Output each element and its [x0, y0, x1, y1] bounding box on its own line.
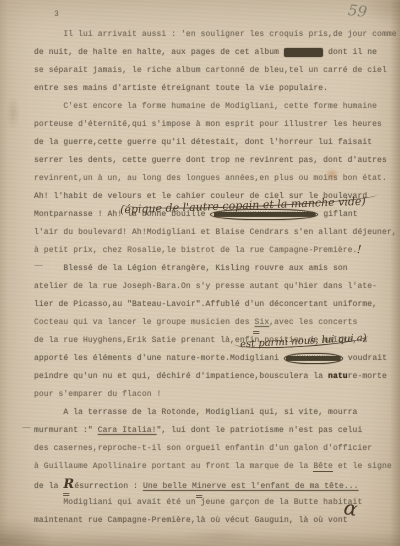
typed-segment: atelier de la rue Joseph-Bara.On s'y pre…	[34, 282, 377, 291]
typed-segment: Modigliani qui avait été un jeune garçon…	[34, 498, 362, 507]
typed-segment: de la guerre,cette guerre qu'il détestai…	[34, 138, 372, 147]
typed-text-block: Il lui arrivait aussi : 'en souligner le…	[34, 26, 396, 530]
typed-segment: C'est encore la forme humaine de Modigli…	[34, 102, 377, 111]
typed-line: des casernes,reproche-t-il son orgueil e…	[34, 440, 396, 458]
typed-line: se séparait jamais, le riche album carto…	[34, 62, 396, 80]
typed-segment: Cocteau qui va lancer le groupe musicien…	[34, 318, 255, 327]
typed-segment: de la	[34, 482, 63, 491]
typed-segment: lier de Picasso,au "Bateau-Lavoir".Affub…	[34, 300, 377, 309]
typed-line: peindre qu'un nu et qui, déchiré d'impat…	[34, 368, 396, 386]
hand-overwrite: natu	[328, 372, 348, 381]
typed-segment: voudrait	[343, 354, 387, 363]
typed-segment: serrer les dents, cette guerre dont trop…	[34, 156, 387, 165]
typed-segment: maintenant rue Campagne-Première,là où v…	[34, 516, 348, 525]
typed-line: lier de Picasso,au "Bateau-Lavoir".Affub…	[34, 296, 396, 314]
hand-correction: R	[63, 477, 74, 492]
typed-segment: dont il ne	[323, 48, 377, 57]
typed-segment: Cara Italia!	[98, 426, 157, 435]
typed-line: A la terrasse de la Rotonde, Modigliani …	[34, 404, 396, 422]
typed-line: Ah! l'habit de velours et le cahier coul…	[34, 188, 396, 206]
typed-line: apporté les éléments d'une nature-morte.…	[34, 350, 396, 368]
typed-segment: Ah! l'habit de velours et le cahier coul…	[34, 192, 367, 201]
typed-line: de la rue Huyghens,Erik Satie prenant là…	[34, 332, 396, 350]
typed-line: maintenant rue Campagne-Première,là où v…	[34, 512, 396, 530]
typed-segment: Six	[255, 318, 270, 327]
typed-line: revinrent,un à un, au long des longues a…	[34, 170, 396, 188]
typed-line: à petit prix, chez Rosalie,le bistrot de…	[34, 242, 396, 260]
typed-line: de nuit, de halte en halte, aux pages de…	[34, 44, 396, 62]
typed-line: murmurant :" Cara Italia!", lui dont le …	[34, 422, 396, 440]
typed-segment: ,avec les concerts	[269, 318, 357, 327]
typed-line: Modigliani qui avait été un jeune garçon…	[34, 494, 396, 512]
typed-line: Montparnasse ! Ah! la bonne bouille xxxx…	[34, 206, 396, 224]
typed-line: à Guillaume Apollinaire portant au front…	[34, 458, 396, 476]
typed-segment: à Guillaume Apollinaire portant au front…	[34, 462, 313, 471]
typed-segment: de nuit, de halte en halte, aux pages de…	[34, 48, 284, 57]
typed-segment: murmurant :"	[34, 426, 98, 435]
typed-segment: à petit prix, chez Rosalie,le bistrot de…	[34, 246, 357, 255]
typed-segment: ésurrection :	[74, 482, 143, 491]
typed-line: Cocteau qui va lancer le groupe musicien…	[34, 314, 396, 332]
typed-segment: Une belle Minerve est l'enfant de ma têt…	[143, 482, 359, 491]
typed-segment: Montparnasse ! Ah! la bonne bouille	[34, 210, 210, 219]
typed-segment: peindre qu'un nu et qui, déchiré d'impat…	[34, 372, 328, 381]
typed-line: Blessé de la Légion étrangère, Kisling r…	[34, 260, 396, 278]
typed-segment: pour s'emparer du flacon !	[34, 390, 161, 399]
typed-line: l'air du boulevard! Ah!Modigliani et Bla…	[34, 224, 396, 242]
typed-segment: de la rue Huyghens,Erik Satie prenant là…	[34, 336, 367, 345]
typed-segment: et le signe	[333, 462, 392, 471]
typed-line: Il lui arrivait aussi : 'en souligner le…	[34, 26, 396, 44]
struck-out-text: xxxxxxxx	[284, 48, 323, 57]
typed-line: de la guerre,cette guerre qu'il détestai…	[34, 134, 396, 152]
typed-segment: se séparait jamais, le riche album carto…	[34, 66, 387, 75]
typed-segment: Il lui arrivait aussi : 'en souligner le…	[34, 30, 397, 39]
typed-line: entre ses mains d'artiste étreignant tou…	[34, 80, 396, 98]
typed-segment: l'air du boulevard! Ah!Modigliani et Bla…	[34, 228, 397, 237]
typed-segment: Blessé de la Légion étrangère, Kisling r…	[34, 264, 348, 273]
typed-segment: Bête	[313, 462, 333, 472]
typed-line: porteuse d'éternité,qui s'impose à mon e…	[34, 116, 396, 134]
typed-segment: des casernes,reproche-t-il son orgueil e…	[34, 444, 372, 453]
typed-segment: apporté les éléments d'une nature-morte.…	[34, 354, 284, 363]
typed-line: C'est encore la forme humaine de Modigli…	[34, 98, 396, 116]
typed-line: serrer les dents, cette guerre dont trop…	[34, 152, 396, 170]
typed-segment: entre ses mains d'artiste étreignant tou…	[34, 84, 328, 93]
typed-segment: giflant	[318, 210, 357, 219]
typed-segment: porteuse d'éternité,qui s'impose à mon e…	[34, 120, 382, 129]
circled-strikeout-text: xxxxxxxxxx	[284, 353, 343, 364]
typed-line: atelier de la rue Joseph-Bara.On s'y pre…	[34, 278, 396, 296]
typed-line: pour s'emparer du flacon !	[34, 386, 396, 404]
typed-segment: ", lui dont le patriotisme n'est pas cel…	[157, 426, 363, 435]
typed-line: de la Résurrection : Une belle Minerve e…	[34, 476, 396, 494]
circled-strikeout-text: xxxxxxxxxxxxxxxxxxxx	[210, 209, 318, 220]
typed-segment: A la terrasse de la Rotonde, Modigliani …	[34, 408, 357, 417]
typed-segment: re-morte	[348, 372, 387, 381]
typed-segment: revinrent,un à un, au long des longues a…	[34, 174, 387, 183]
